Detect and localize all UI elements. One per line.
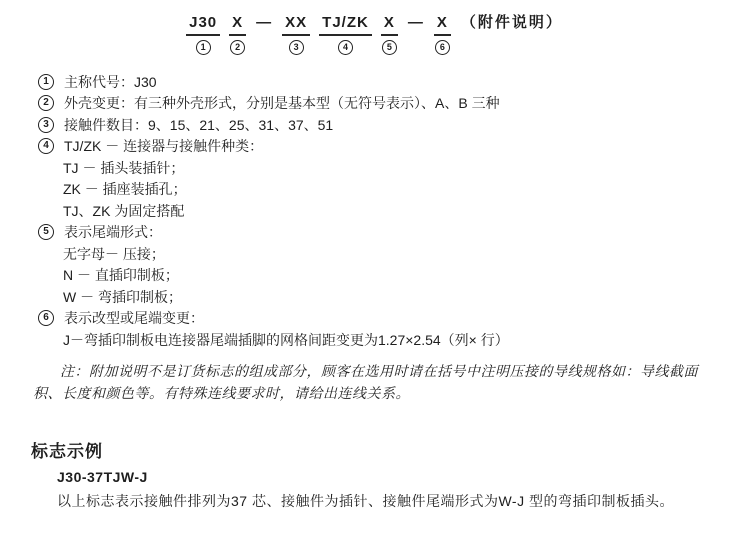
circled-number-icon: 5 (382, 40, 397, 55)
circled-number-icon: 6 (38, 310, 54, 326)
code-segment-text: X (229, 14, 246, 36)
code-segment-count: XX 3 (282, 14, 310, 55)
circled-number-icon: 3 (289, 40, 304, 55)
attachment-note-text: （附件说明） (460, 14, 564, 34)
circled-number-icon: 6 (435, 40, 450, 55)
list-item: 5 表示尾端形式： (38, 222, 509, 244)
dash-text: — (407, 14, 425, 34)
item-text: 接触件数目：9、15、21、25、31、37、51 (64, 115, 333, 135)
circled-number-icon: 5 (38, 224, 54, 240)
list-item: 4 TJ/ZK － 连接器与接触件种类： (38, 136, 509, 158)
code-segment-tail: X 5 (381, 14, 398, 55)
code-segment-type: TJ/ZK 4 (319, 14, 372, 55)
list-item: 1 主称代号：J30 (38, 71, 509, 93)
dash-separator: — (407, 14, 425, 34)
code-segment-text: X (381, 14, 398, 36)
circled-number-icon: 3 (38, 117, 54, 133)
code-segment-main: J30 1 (186, 14, 220, 55)
example-description: 以上标志表示接触件排列为37 芯、接触件为插针、接触件尾端形式为W-J 型的弯插… (57, 491, 674, 511)
code-segment-shell: X 2 (229, 14, 246, 55)
legend-list: 1 主称代号：J30 2 外壳变更：有三种外壳形式，分别是基本型（无符号表示）、… (38, 71, 509, 351)
code-segment-variant: X 6 (434, 14, 451, 55)
circled-number-icon: 1 (38, 74, 54, 90)
note-paragraph: 注：附加说明不是订货标志的组成部分，顾客在选用时请在括号中注明压接的导线规格如：… (33, 360, 717, 404)
circled-number-icon: 2 (230, 40, 245, 55)
code-segment-text: XX (282, 14, 310, 36)
sub-item-text: N － 直插印制板； (38, 265, 509, 287)
attachment-note-label: （附件说明） (460, 14, 564, 34)
dash-separator: — (255, 14, 273, 34)
code-segment-text: J30 (186, 14, 220, 36)
item-text: 外壳变更：有三种外壳形式，分别是基本型（无符号表示）、A、B 三种 (64, 93, 500, 113)
document-page: { "header": { "segments": [ {"text": "J3… (0, 0, 750, 542)
item-text: TJ/ZK － 连接器与接触件种类： (64, 136, 263, 156)
list-item: 2 外壳变更：有三种外壳形式，分别是基本型（无符号表示）、A、B 三种 (38, 93, 509, 115)
sub-item-text: J－弯插印制板电连接器尾端插脚的网格间距变更为1.27×2.54（列× 行） (38, 329, 509, 351)
example-code: J30-37TJW-J (57, 469, 148, 485)
code-segment-text: TJ/ZK (319, 14, 372, 36)
code-segment-text: X (434, 14, 451, 36)
item-text: 主称代号：J30 (64, 72, 157, 92)
dash-text: — (255, 14, 273, 34)
sub-item-text: 无字母－ 压接； (38, 243, 509, 265)
example-heading: 标志示例 (31, 437, 103, 462)
part-number-diagram: J30 1 X 2 — XX 3 TJ/ZK 4 X 5 — X 6 （附件说明… (0, 14, 750, 55)
circled-number-icon: 4 (38, 138, 54, 154)
list-item: 6 表示改型或尾端变更： (38, 308, 509, 330)
sub-item-text: TJ － 插头装插针； (38, 157, 509, 179)
circled-number-icon: 1 (196, 40, 211, 55)
item-text: 表示尾端形式： (64, 222, 162, 242)
item-text: 表示改型或尾端变更： (64, 308, 204, 328)
circled-number-icon: 4 (338, 40, 353, 55)
sub-item-text: TJ、ZK 为固定搭配 (38, 200, 509, 222)
circled-number-icon: 2 (38, 95, 54, 111)
sub-item-text: W － 弯插印制板； (38, 286, 509, 308)
sub-item-text: ZK － 插座装插孔； (38, 179, 509, 201)
list-item: 3 接触件数目：9、15、21、25、31、37、51 (38, 114, 509, 136)
